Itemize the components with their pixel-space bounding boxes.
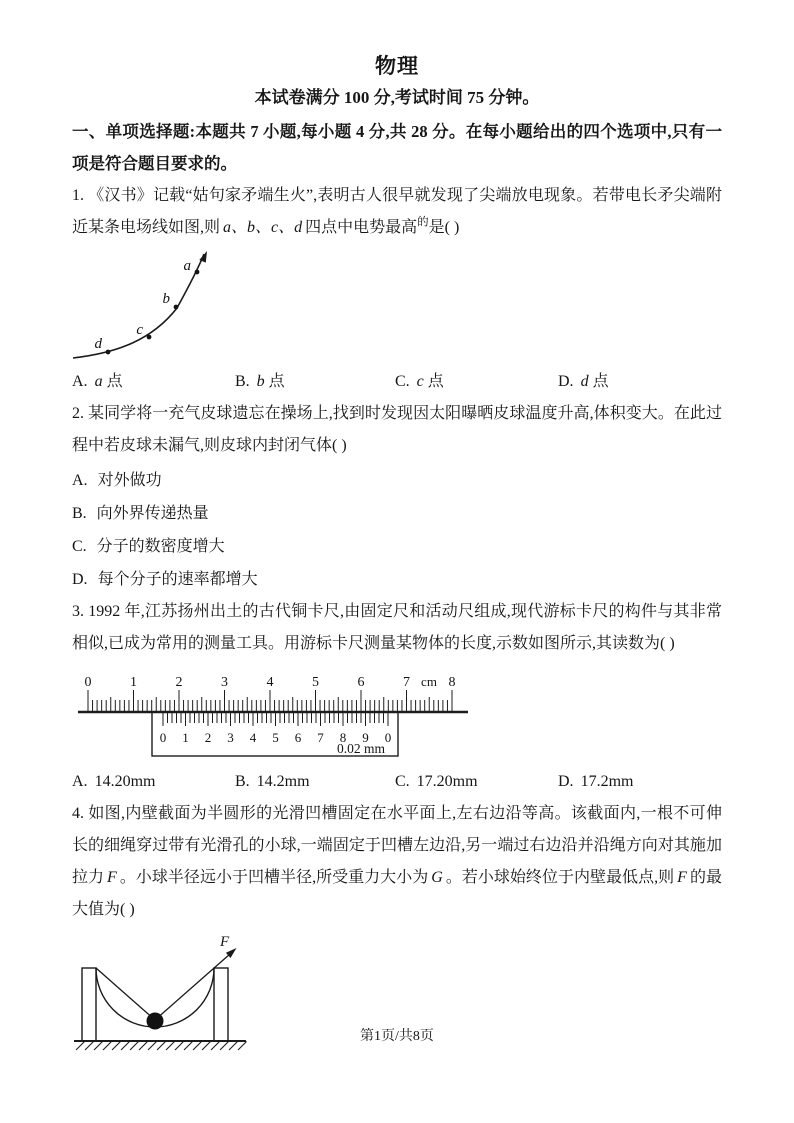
point-b-label: b	[163, 291, 171, 307]
q2-option-a-text: 对外做功	[98, 472, 162, 489]
q4-var-g: G	[431, 869, 443, 886]
caliper-main-scale-numbers: 0 1 2 3 4 5 6 7 cm 8	[85, 674, 456, 690]
q2-option-b: B.向外界传递热量	[72, 497, 722, 530]
vernier-ticks	[163, 712, 388, 726]
main-scale-label-8: 8	[449, 675, 456, 690]
vernier-label-2: 2	[205, 730, 212, 745]
point-a-label: a	[184, 258, 192, 274]
point-c-label: c	[136, 322, 143, 338]
point-d-label: d	[95, 336, 103, 352]
q1-text-mid: 四点中电势最高	[305, 219, 417, 236]
q4-var-f2: F	[677, 869, 687, 886]
main-scale-label-1: 1	[130, 675, 137, 690]
q1-options: A.a点 B.b点 C.c点 D.d点	[72, 366, 722, 398]
question-1-text: 1. 《汉书》记载“姑句家矛端生火”,表明古人很早就发现了尖端放电现象。若带电长…	[72, 180, 722, 244]
vernier-caliper-figure: 0 1 2 3 4 5 6 7 cm 8 0 1 2 3 4 5 6 7 8 9…	[76, 670, 476, 762]
q3-option-d: D.17.2mm	[558, 766, 722, 798]
vernier-scale-numbers: 0 1 2 3 4 5 6 7 8 9 0 0.02 mm	[160, 730, 392, 756]
main-scale-label-3: 3	[221, 675, 228, 690]
q1-option-d: D.d点	[558, 366, 722, 398]
q2-option-c-text: 分子的数密度增大	[97, 538, 225, 555]
q2-option-b-text: 向外界传递热量	[97, 505, 209, 522]
question-2-text: 2. 某同学将一充气皮球遗忘在操场上,找到时发现因太阳曝晒皮球温度升高,体积变大…	[72, 398, 722, 462]
vernier-label-4: 4	[250, 730, 257, 745]
q1-option-b-key: B.	[235, 373, 250, 390]
q3-option-a: A.14.20mm	[72, 766, 235, 798]
page-title: 物理	[72, 50, 722, 80]
vernier-label-0: 0	[160, 730, 167, 745]
vernier-label-7: 7	[317, 730, 324, 745]
q3-options: A.14.20mm B.14.2mm C.17.20mm D.17.2mm	[72, 766, 722, 798]
q3-option-a-text: 14.20mm	[95, 773, 156, 790]
q2-option-a: A.对外做功	[72, 464, 722, 497]
q3-option-c-key: C.	[395, 773, 410, 790]
vernier-label-1: 1	[182, 730, 189, 745]
main-scale-label-6: 6	[358, 675, 365, 690]
q4-seg3: 。若小球始终位于内壁最低点,则	[446, 869, 674, 886]
section-heading: 一、单项选择题:本题共 7 小题,每小题 4 分,共 28 分。在每小题给出的四…	[72, 116, 722, 180]
q1-option-b-var: b	[257, 373, 265, 390]
main-scale-label-2: 2	[176, 675, 183, 690]
main-scale-label-0: 0	[85, 675, 92, 690]
q3-option-d-text: 17.2mm	[581, 773, 634, 790]
q1-text-post: 是( )	[429, 219, 460, 236]
q2-options: A.对外做功 B.向外界传递热量 C.分子的数密度增大 D.每个分子的速率都增大	[72, 464, 722, 596]
vernier-label-10: 0	[385, 730, 392, 745]
q2-option-c-key: C.	[72, 538, 87, 555]
q1-option-c-var: c	[417, 373, 424, 390]
question-3-text: 3. 1992 年,江苏扬州出土的古代铜卡尺,由固定尺和活动尺组成,现代游标卡尺…	[72, 596, 722, 660]
main-scale-label-5: 5	[312, 675, 319, 690]
point-c-dot	[147, 335, 152, 340]
force-label: F	[219, 934, 230, 950]
q1-option-a: A.a点	[72, 366, 235, 398]
q1-option-a-var: a	[95, 373, 103, 390]
q4-seg2: 。小球半径远小于凹槽半径,所受重力大小为	[120, 869, 428, 886]
q3-option-b: B.14.2mm	[235, 766, 395, 798]
q2-option-d: D.每个分子的速率都增大	[72, 563, 722, 596]
q3-option-c-text: 17.20mm	[417, 773, 478, 790]
q3-option-c: C.17.20mm	[395, 766, 558, 798]
q1-option-a-suffix: 点	[107, 373, 123, 390]
vernier-label-6: 6	[295, 730, 302, 745]
main-scale-label-7: 7	[403, 675, 410, 690]
point-a-dot	[195, 270, 200, 275]
q3-option-d-key: D.	[558, 773, 574, 790]
q1-text-sup: 的	[417, 217, 429, 229]
q2-option-d-text: 每个分子的速率都增大	[98, 571, 258, 588]
q1-option-d-var: d	[581, 373, 589, 390]
point-b-dot	[174, 305, 179, 310]
string-left-segment	[96, 968, 155, 1020]
q1-point-vars: a、b、c、d	[223, 219, 302, 236]
q2-option-b-key: B.	[72, 505, 87, 522]
main-scale-label-4: 4	[267, 675, 274, 690]
q2-option-d-key: D.	[72, 571, 88, 588]
exam-page: 物理 本试卷满分 100 分,考试时间 75 分钟。 一、单项选择题:本题共 7…	[0, 0, 794, 1056]
q1-option-b: B.b点	[235, 366, 395, 398]
question-4-text: 4. 如图,内壁截面为半圆形的光滑凹槽固定在水平面上,左右边沿等高。该截面内,一…	[72, 798, 722, 926]
q3-option-a-key: A.	[72, 773, 88, 790]
q1-option-c: C.c点	[395, 366, 558, 398]
vernier-label-3: 3	[227, 730, 234, 745]
q3-option-b-text: 14.2mm	[257, 773, 310, 790]
exam-info: 本试卷满分 100 分,考试时间 75 分钟。	[72, 86, 722, 110]
vernier-precision-label: 0.02 mm	[337, 741, 386, 756]
q1-option-d-suffix: 点	[593, 373, 609, 390]
vernier-label-5: 5	[272, 730, 279, 745]
page-footer: 第1页/共8页	[0, 1025, 794, 1045]
q4-var-f1: F	[107, 869, 117, 886]
main-scale-unit: cm	[421, 674, 437, 689]
q1-option-d-key: D.	[558, 373, 574, 390]
main-scale-ticks	[88, 690, 452, 712]
q1-option-b-suffix: 点	[269, 373, 285, 390]
q1-option-a-key: A.	[72, 373, 88, 390]
q2-option-c: C.分子的数密度增大	[72, 530, 722, 563]
q1-option-c-suffix: 点	[428, 373, 444, 390]
field-line-figure: a b c d	[72, 250, 222, 364]
q1-option-c-key: C.	[395, 373, 410, 390]
point-d-dot	[106, 350, 111, 355]
q3-option-b-key: B.	[235, 773, 250, 790]
q2-option-a-key: A.	[72, 472, 88, 489]
